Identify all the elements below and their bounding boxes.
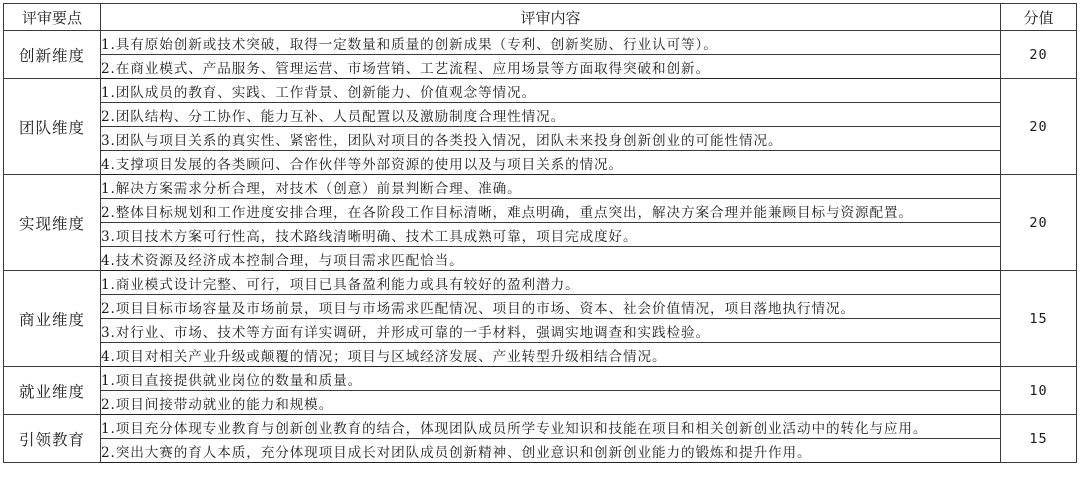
criteria-key: 商业维度 [4, 271, 101, 367]
criteria-item: 2.在商业模式、产品服务、管理运营、市场营销、工艺流程、应用场景等方面取得突破和… [101, 55, 1001, 79]
table-row: 4.项目对相关产业升级或颠覆的情况；项目与区域经济发展、产业转型升级相结合情况。 [4, 343, 1077, 367]
header-key: 评审要点 [4, 4, 101, 31]
criteria-item: 4.支撑项目发展的各类顾问、合作伙伴等外部资源的使用以及与项目关系的情况。 [101, 151, 1001, 175]
criteria-score: 15 [1001, 415, 1077, 463]
criteria-key: 就业维度 [4, 367, 101, 415]
criteria-key: 实现维度 [4, 175, 101, 271]
criteria-key: 创新维度 [4, 31, 101, 79]
criteria-item: 1.项目直接提供就业岗位的数量和质量。 [101, 367, 1001, 391]
table-row: 创新维度 1.具有原始创新或技术突破，取得一定数量和质量的创新成果（专利、创新奖… [4, 31, 1077, 55]
criteria-item: 2.项目目标市场容量及市场前景，项目与市场需求匹配情况、项目的市场、资本、社会价… [101, 295, 1001, 319]
criteria-item: 2.团队结构、分工协作、能力互补、人员配置以及激励制度合理性情况。 [101, 103, 1001, 127]
table-row: 2.在商业模式、产品服务、管理运营、市场营销、工艺流程、应用场景等方面取得突破和… [4, 55, 1077, 79]
table-row: 团队维度 1.团队成员的教育、实践、工作背景、创新能力、价值观念等情况。 20 [4, 79, 1077, 103]
criteria-item: 3.团队与项目关系的真实性、紧密性，团队对项目的各类投入情况，团队未来投身创新创… [101, 127, 1001, 151]
criteria-item: 1.具有原始创新或技术突破，取得一定数量和质量的创新成果（专利、创新奖励、行业认… [101, 31, 1001, 55]
criteria-item: 2.整体目标规划和工作进度安排合理，在各阶段工作目标清晰，难点明确，重点突出，解… [101, 199, 1001, 223]
criteria-score: 10 [1001, 367, 1077, 415]
table-row: 引领教育 1.项目充分体现专业教育与创新创业教育的结合，体现团队成员所学专业知识… [4, 415, 1077, 439]
criteria-item: 1.商业模式设计完整、可行，项目已具备盈利能力或具有较好的盈利潜力。 [101, 271, 1001, 295]
header-row: 评审要点 评审内容 分值 [4, 4, 1077, 31]
criteria-item: 3.项目技术方案可行性高，技术路线清晰明确、技术工具成熟可靠，项目完成度好。 [101, 223, 1001, 247]
criteria-key: 团队维度 [4, 79, 101, 175]
header-content: 评审内容 [101, 4, 1001, 31]
header-score: 分值 [1001, 4, 1077, 31]
criteria-score: 20 [1001, 175, 1077, 271]
table-row: 2.项目间接带动就业的能力和规模。 [4, 391, 1077, 415]
table-row: 2.突出大赛的育人本质，充分体现项目成长对团队成员创新精神、创业意识和创新创业能… [4, 439, 1077, 463]
criteria-score: 20 [1001, 79, 1077, 175]
table-row: 2.团队结构、分工协作、能力互补、人员配置以及激励制度合理性情况。 [4, 103, 1077, 127]
criteria-score: 15 [1001, 271, 1077, 367]
table-row: 3.对行业、市场、技术等方面有详实调研，并形成可靠的一手材料，强调实地调查和实践… [4, 319, 1077, 343]
table-row: 就业维度 1.项目直接提供就业岗位的数量和质量。 10 [4, 367, 1077, 391]
table-row: 商业维度 1.商业模式设计完整、可行，项目已具备盈利能力或具有较好的盈利潜力。 … [4, 271, 1077, 295]
criteria-item: 3.对行业、市场、技术等方面有详实调研，并形成可靠的一手材料，强调实地调查和实践… [101, 319, 1001, 343]
criteria-item: 2.突出大赛的育人本质，充分体现项目成长对团队成员创新精神、创业意识和创新创业能… [101, 439, 1001, 463]
table-row: 2.整体目标规划和工作进度安排合理，在各阶段工作目标清晰，难点明确，重点突出，解… [4, 199, 1077, 223]
criteria-score: 20 [1001, 31, 1077, 79]
criteria-table-container: 评审要点 评审内容 分值 创新维度 1.具有原始创新或技术突破，取得一定数量和质… [3, 3, 1077, 463]
criteria-item: 4.项目对相关产业升级或颠覆的情况；项目与区域经济发展、产业转型升级相结合情况。 [101, 343, 1001, 367]
criteria-item: 1.解决方案需求分析合理，对技术（创意）前景判断合理、准确。 [101, 175, 1001, 199]
table-row: 4.支撑项目发展的各类顾问、合作伙伴等外部资源的使用以及与项目关系的情况。 [4, 151, 1077, 175]
criteria-item: 2.项目间接带动就业的能力和规模。 [101, 391, 1001, 415]
table-row: 3.团队与项目关系的真实性、紧密性，团队对项目的各类投入情况，团队未来投身创新创… [4, 127, 1077, 151]
criteria-key: 引领教育 [4, 415, 101, 463]
criteria-item: 1.团队成员的教育、实践、工作背景、创新能力、价值观念等情况。 [101, 79, 1001, 103]
table-row: 3.项目技术方案可行性高，技术路线清晰明确、技术工具成熟可靠，项目完成度好。 [4, 223, 1077, 247]
evaluation-criteria-table: 评审要点 评审内容 分值 创新维度 1.具有原始创新或技术突破，取得一定数量和质… [3, 3, 1077, 463]
table-row: 2.项目目标市场容量及市场前景，项目与市场需求匹配情况、项目的市场、资本、社会价… [4, 295, 1077, 319]
table-row: 4.技术资源及经济成本控制合理，与项目需求匹配恰当。 [4, 247, 1077, 271]
table-row: 实现维度 1.解决方案需求分析合理，对技术（创意）前景判断合理、准确。 20 [4, 175, 1077, 199]
criteria-item: 4.技术资源及经济成本控制合理，与项目需求匹配恰当。 [101, 247, 1001, 271]
criteria-item: 1.项目充分体现专业教育与创新创业教育的结合，体现团队成员所学专业知识和技能在项… [101, 415, 1001, 439]
